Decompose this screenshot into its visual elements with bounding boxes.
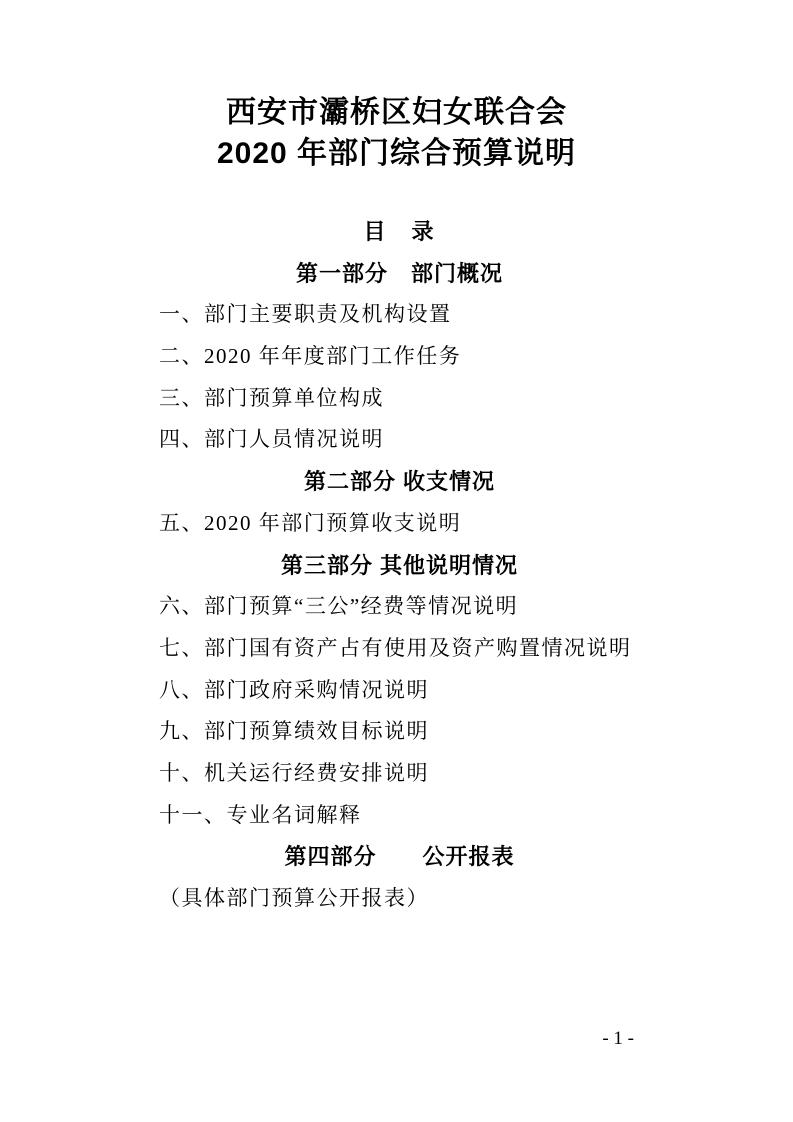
toc-item-3: 三、部门预算单位构成: [159, 378, 640, 420]
toc-item-2: 二、2020 年年度部门工作任务: [159, 336, 640, 378]
document-title: 西安市灞桥区妇女联合会 2020 年部门综合预算说明: [0, 0, 793, 174]
toc-item-9: 九、部门预算绩效目标说明: [159, 711, 640, 753]
toc-item-5: 五、2020 年部门预算收支说明: [159, 503, 640, 545]
toc-item-7: 七、部门国有资产占有使用及资产购置情况说明: [159, 628, 640, 670]
table-of-contents: 目 录 第一部分 部门概况 一、部门主要职责及机构设置 二、2020 年年度部门…: [0, 211, 793, 920]
toc-item-10: 十、机关运行经费安排说明: [159, 753, 640, 795]
toc-title: 目 录: [159, 211, 640, 253]
page-number: - 1 -: [0, 1028, 634, 1050]
toc-item-1: 一、部门主要职责及机构设置: [159, 294, 640, 336]
toc-item-11: 十一、专业名词解释: [159, 795, 640, 837]
section-heading-part1: 第一部分 部门概况: [159, 253, 640, 295]
section-heading-part4: 第四部分 公开报表: [159, 836, 640, 878]
toc-item-4: 四、部门人员情况说明: [159, 419, 640, 461]
section-heading-part3: 第三部分 其他说明情况: [159, 545, 640, 587]
document-title-line-1: 西安市灞桥区妇女联合会: [0, 92, 793, 133]
document-page: 西安市灞桥区妇女联合会 2020 年部门综合预算说明 目 录 第一部分 部门概况…: [0, 0, 793, 1122]
section-heading-part2: 第二部分 收支情况: [159, 461, 640, 503]
toc-item-6: 六、部门预算“三公”经费等情况说明: [159, 586, 640, 628]
document-title-line-2: 2020 年部门综合预算说明: [0, 133, 793, 174]
toc-item-8: 八、部门政府采购情况说明: [159, 670, 640, 712]
closing-note: （具体部门预算公开报表）: [159, 878, 640, 920]
